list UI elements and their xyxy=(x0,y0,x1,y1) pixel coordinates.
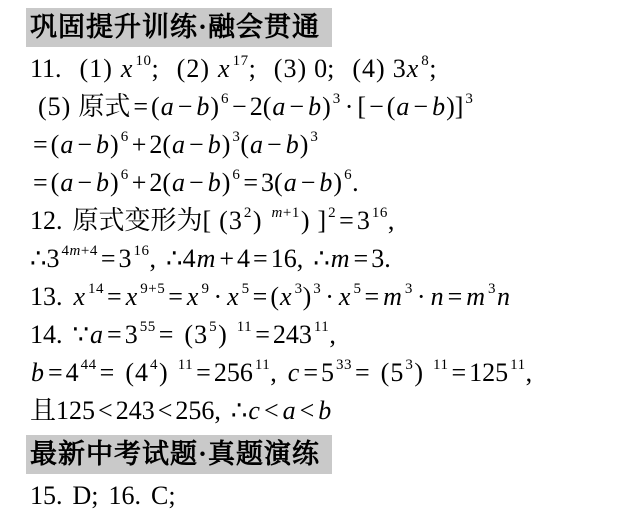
answer-line-14: 14.∵a=355=(35)11=24311, xyxy=(30,316,629,354)
answer-line-13: 13.x14=x9+5=x9·x5=(x3)3·x5=m3·n=m3n xyxy=(30,278,629,316)
section-header-exam-questions: 最新中考试题·真题演练 xyxy=(26,435,332,474)
answer-line-14-step3: 且125<243<256,∴c<a<b xyxy=(30,392,629,430)
answer-line-12-step2: ∴34m+4=316,∴4m+4=16,∴m=3. xyxy=(30,240,629,278)
answer-line-11-5: (5)原式=(a−b)6−2(a−b)3·[−(a−b)]3 xyxy=(30,88,629,126)
answer-line-11: 11.(1)x10;(2)x17;(3)0;(4)3x8; xyxy=(30,50,629,88)
answer-line-12: 12.原式变形为[(32)m+1)]2=316, xyxy=(30,202,629,240)
answer-page: 巩固提升训练·融会贯通 11.(1)x10;(2)x17;(3)0;(4)3x8… xyxy=(0,0,633,529)
section-header-consolidation-training: 巩固提升训练·融会贯通 xyxy=(26,8,332,47)
section-header-row-2: 最新中考试题·真题演练 xyxy=(30,435,629,474)
answer-line-11-5-step2: =(a−b)6+2(a−b)3(a−b)3 xyxy=(30,126,629,164)
answer-line-15-16: 15.D;16.C; xyxy=(30,477,629,515)
answer-line-11-5-step3: =(a−b)6+2(a−b)6=3(a−b)6. xyxy=(30,164,629,202)
answer-line-14-step2: b=444=(44)11=25611,c=533=(53)11=12511, xyxy=(30,354,629,392)
section-header-row-1: 巩固提升训练·融会贯通 xyxy=(30,8,629,47)
